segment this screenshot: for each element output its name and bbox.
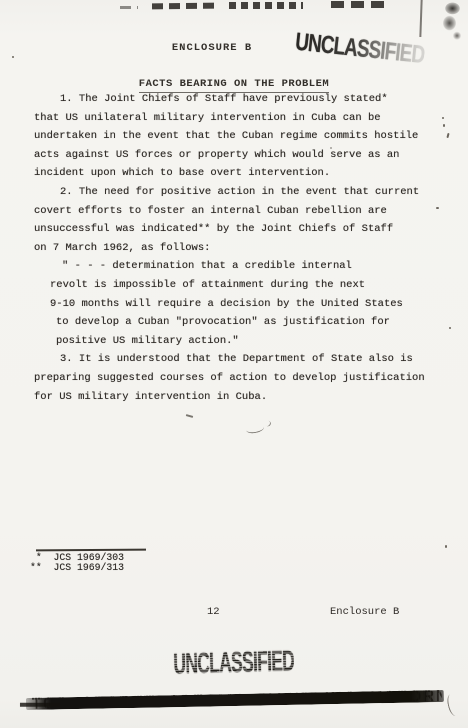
pen-mark: [445, 693, 460, 717]
redaction-mark-top: [152, 3, 216, 10]
scan-speck: [442, 117, 444, 119]
document-page: UNCLASSIFIED ENCLOSURE B FACTS BEARING O…: [0, 0, 468, 728]
text-line: acts against US forces or property which…: [34, 146, 434, 165]
text-line: 2. The need for positive action in the e…: [34, 183, 434, 202]
text-line: undertaken in the event that the Cuban r…: [34, 127, 434, 146]
text-line: incident upon which to base overt interv…: [34, 164, 434, 183]
quote-line: positive US military action.": [34, 332, 434, 351]
redaction-bar-tail: [20, 703, 60, 707]
scan-speck: [445, 545, 447, 548]
redaction-mark-top: [120, 6, 138, 9]
text-line: that US unilateral military intervention…: [34, 109, 434, 128]
document-body: 1. The Joint Chiefs of Staff have previo…: [34, 90, 434, 406]
quote-line: 9-10 months will require a decision by t…: [34, 295, 434, 314]
text-line: on 7 March 1962, as follows:: [34, 239, 434, 258]
unclassified-stamp-bottom: UNCLASSIFIED: [173, 645, 295, 682]
redaction-mark-top: [229, 2, 303, 9]
scan-speck: [449, 327, 451, 329]
scan-artifact-line: [419, 0, 422, 37]
scan-speck: [436, 207, 439, 209]
redaction-mark-top: [331, 1, 385, 8]
scan-speck: [446, 133, 449, 138]
pencil-mark: [245, 423, 264, 435]
scan-speck: [330, 147, 332, 149]
text-line: 1. The Joint Chiefs of Staff have previo…: [34, 90, 434, 109]
footnote-separator: [36, 549, 146, 552]
enclosure-heading: ENCLOSURE B: [0, 42, 424, 54]
scan-speck: [443, 124, 445, 127]
quote-line: revolt is impossible of attainment durin…: [34, 276, 434, 295]
text-line: covert efforts to foster an internal Cub…: [34, 202, 434, 221]
text-line: for US military intervention in Cuba.: [34, 388, 434, 407]
scan-speck: [12, 56, 14, 58]
scan-artifact-blob: [436, 0, 466, 42]
quote-line: to develop a Cuban "provocation" as just…: [34, 313, 434, 332]
footnote-reference: ** JCS 1969/313: [30, 562, 124, 573]
struck-classification-banner: TOP SECRET SPECIAL HANDLING NOFORN: [26, 686, 444, 722]
text-line: unsuccessful was indicated** by the Join…: [34, 220, 434, 239]
pencil-mark: [186, 414, 193, 418]
quote-line: " - - - determination that a credible in…: [34, 257, 434, 276]
text-line: 3. It is understood that the Department …: [34, 350, 434, 369]
enclosure-label: Enclosure B: [330, 606, 399, 618]
page-number: 12: [207, 606, 220, 618]
text-line: preparing suggested courses of action to…: [34, 369, 434, 388]
